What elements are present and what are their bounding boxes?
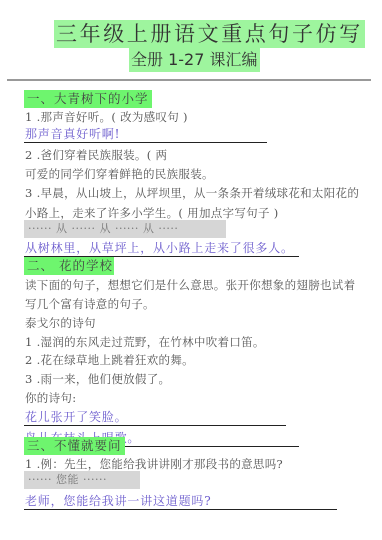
section-heading-2: 二、 花的学校: [24, 257, 114, 275]
answer-underline: [24, 509, 337, 510]
answer-text: 从树林里，从草坪上，从小路上走来了很多人。: [25, 240, 294, 256]
answer-text: 老师，您能给我讲一讲这道题吗?: [25, 493, 211, 509]
document-title: 三年级上册语文重点句子仿写: [54, 20, 365, 48]
section-intro-continued: 写几个富有诗意的句子。: [25, 296, 155, 312]
item-prompt: 1 .例：先生，您能给我讲讲刚才那段书的意思吗?: [25, 456, 283, 472]
answer-underline: [24, 142, 267, 143]
document-subtitle: 全册 1-27 课汇编: [129, 48, 260, 72]
poem-line: 2 .花在绿草地上跳着狂欢的舞。: [25, 352, 194, 368]
header-divider: [7, 79, 371, 81]
poem-source: 泰戈尔的诗句: [25, 315, 96, 331]
section-heading-1: 一、大青树下的小学: [24, 90, 152, 108]
section-heading-3: 三、不懂就要问: [24, 437, 125, 455]
poem-line: 3 .雨一来，他们便放假了。: [25, 371, 170, 387]
answer-underline: [24, 425, 286, 426]
item-example: 可爱的同学们穿着鲜艳的民族服装。: [25, 166, 214, 182]
answer-text: 花儿张开了笑脸。: [25, 409, 127, 425]
item-prompt-continued: 小路上，走来了许多小学生。( 用加点字写句子 ): [25, 205, 278, 221]
poem-line: 1 .湿润的东风走过荒野，在竹林中吹着口笛。: [25, 334, 265, 350]
sentence-pattern: ······ 您能 ······: [24, 471, 140, 489]
answer-text: 那声音真好听啊!: [25, 126, 120, 142]
sentence-pattern: ······ 从 ······ 从 ······ 从 ·····: [24, 220, 226, 238]
item-prompt: 2 .爸们穿着民族服装。( 两: [25, 147, 167, 163]
item-prompt: 3 .早晨，从山坡上，从坪坝里，从一条条开着绒球花和太阳花的: [25, 185, 359, 201]
item-prompt: 1 .那声音好听。( 改为感叹句 ): [25, 109, 188, 125]
section-intro: 读下面的句子，想想它们是什么意思。张开你想象的翅膀也试着: [25, 277, 355, 293]
your-poem-label: 你的诗句:: [25, 390, 76, 406]
